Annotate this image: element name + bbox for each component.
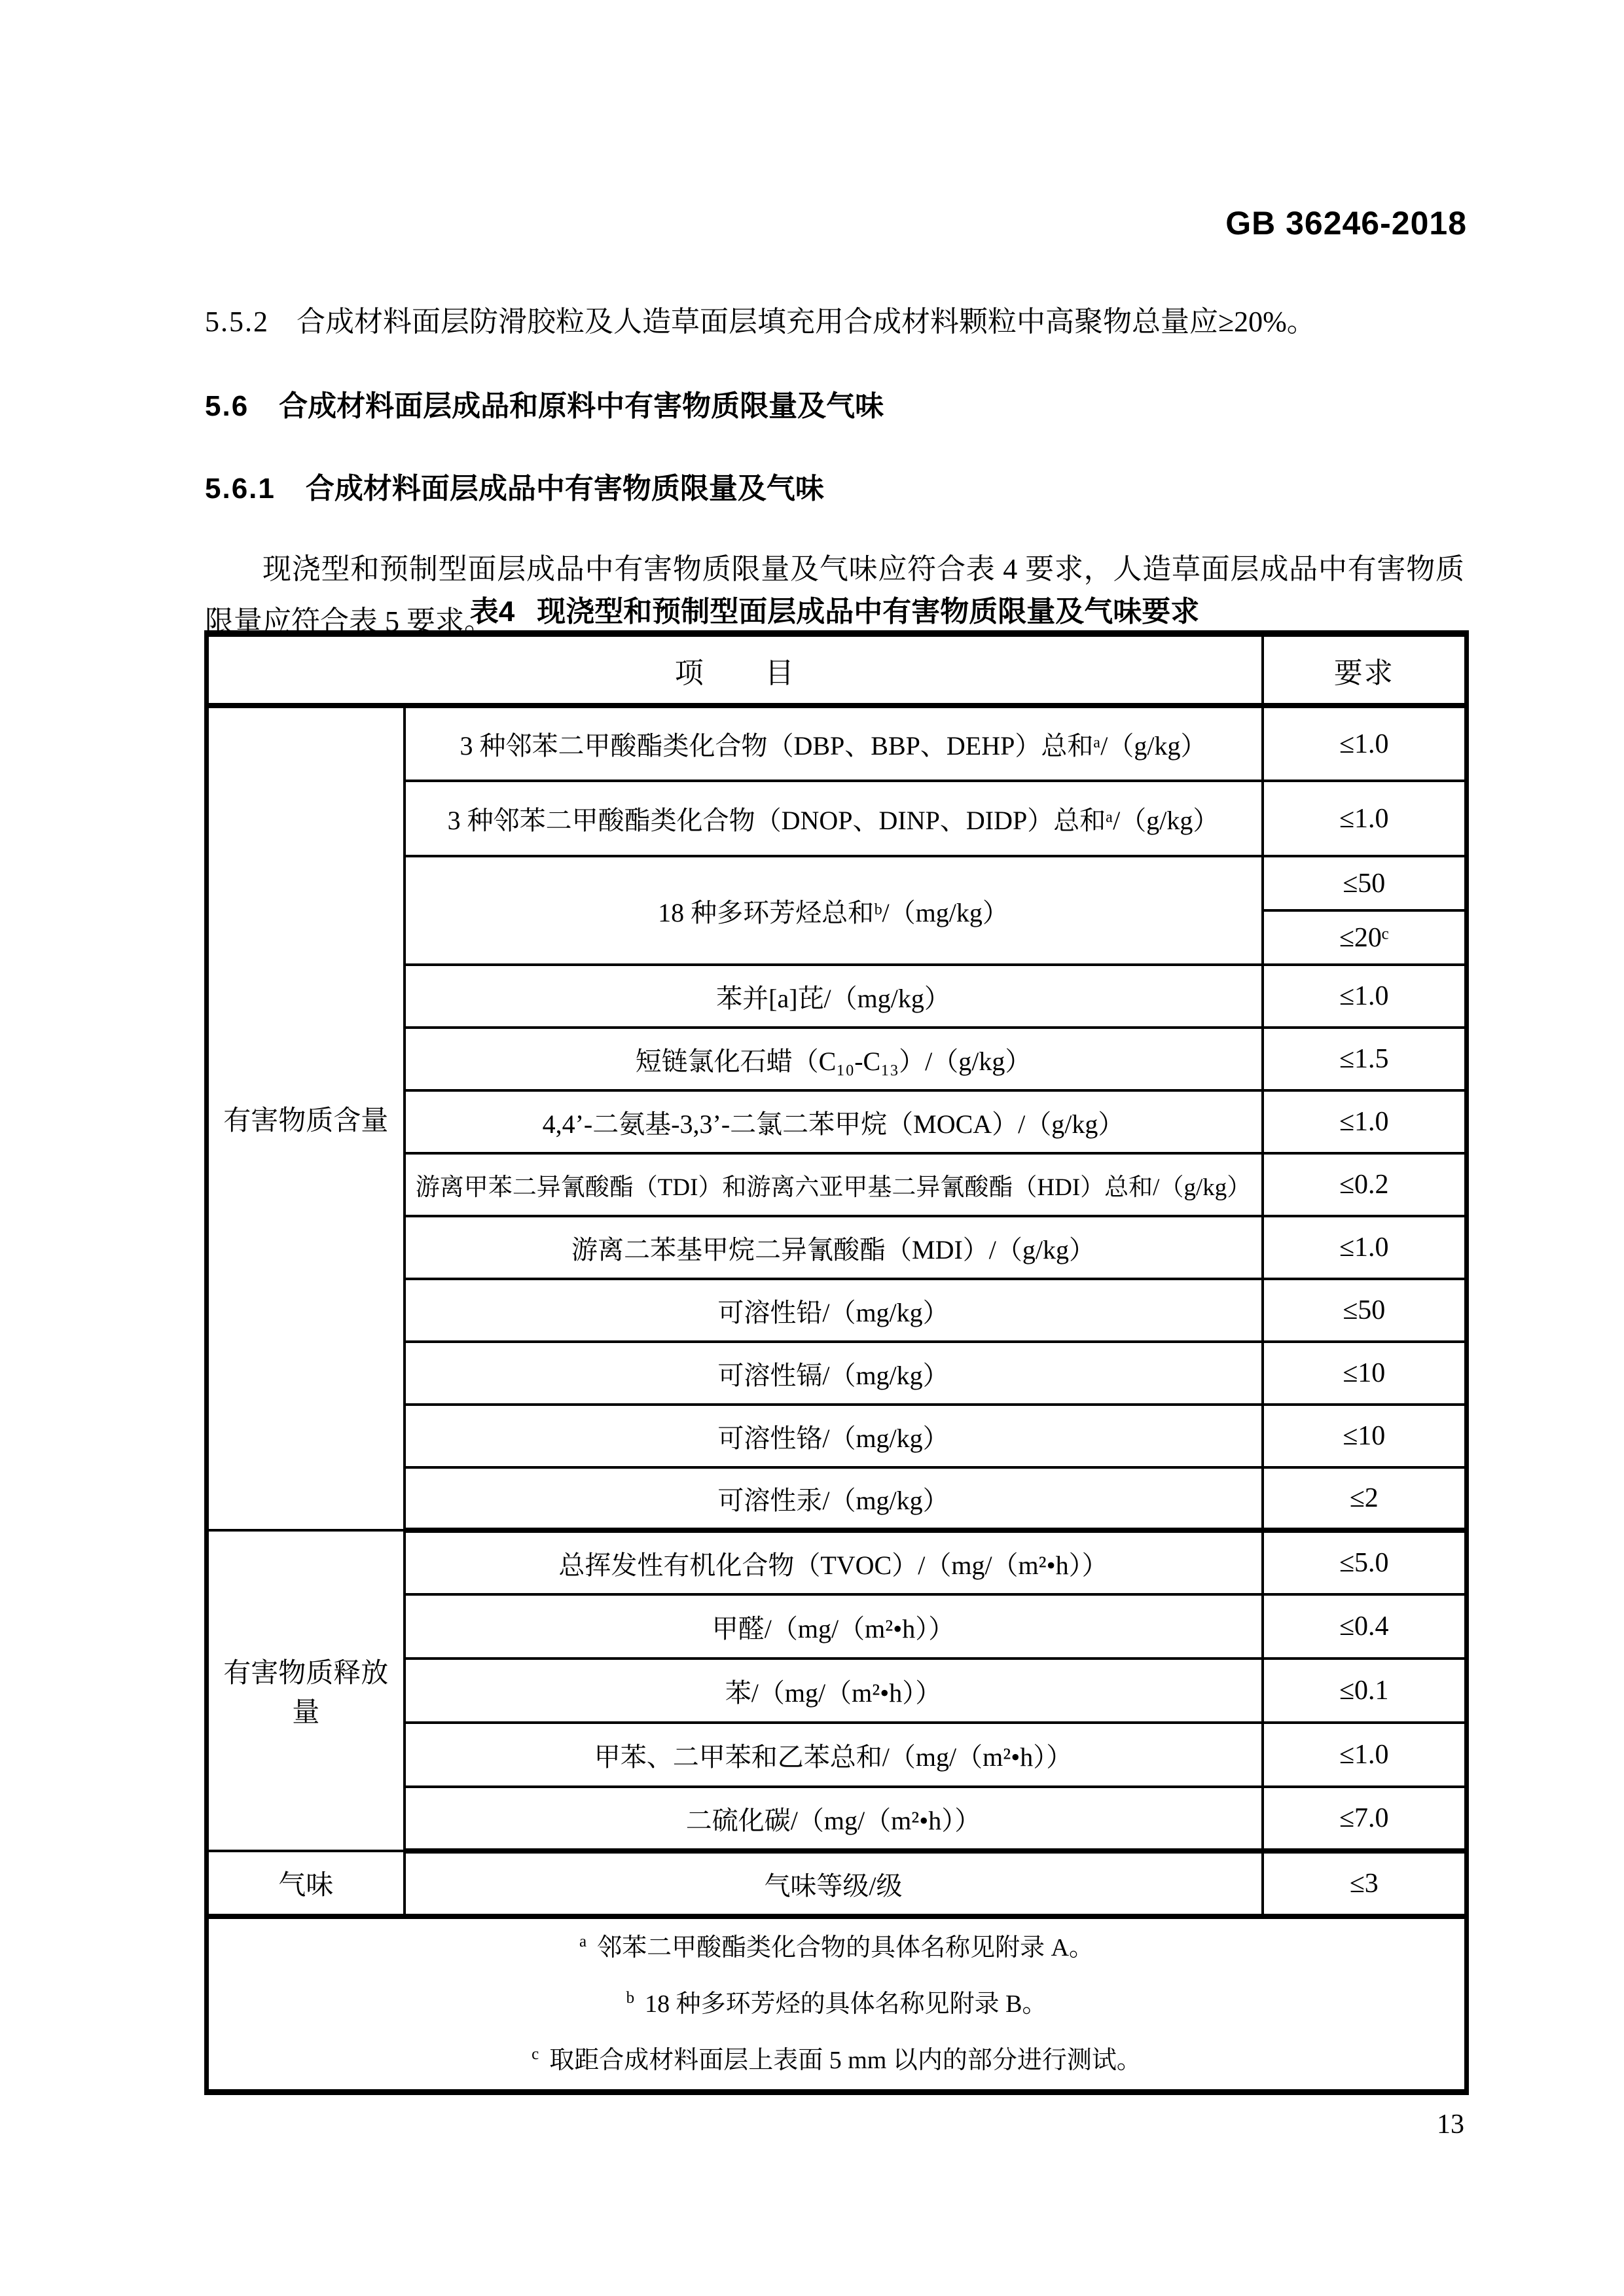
table4-caption-title: 现浇型和预制型面层成品中有害物质限量及气味要求 [537,596,1199,628]
note-text: 取距合成材料面层上表面 5 mm 以内的部分进行测试。 [549,2047,1142,2074]
section-title: 合成材料面层成品中有害物质限量及气味 [306,473,824,505]
item-cell: 18 种多环芳烃总和ᵇ/（mg/kg） [405,856,1263,965]
item-cell: 苯/（mg/（m²•h）） [405,1659,1263,1723]
requirement-cell: ≤20ᶜ [1263,910,1467,965]
table4-notes-cell: a邻苯二甲酸酯类化合物的具体名称见附录 A。 b18 种多环芳烃的具体名称见附录… [207,1916,1467,2092]
item-cell: 苯并[a]芘/（mg/kg） [405,965,1263,1028]
item-cell: 二硫化碳/（mg/（m²•h）） [405,1787,1263,1851]
requirement-cell: ≤1.0 [1263,706,1467,781]
requirement-cell: ≤10 [1263,1405,1467,1467]
item-cell: 3 种邻苯二甲酸酯类化合物（DBP、BBP、DEHP）总和ᵃ/（g/kg） [405,706,1263,781]
clause-text: 合成材料面层防滑胶粒及人造草面层填充用合成材料颗粒中高聚物总量应≥20%。 [297,306,1316,338]
item-cell: 可溶性铬/（mg/kg） [405,1405,1263,1467]
table-row: 气味 气味等级/级 ≤3 [207,1851,1467,1916]
table4-notes-row: a邻苯二甲酸酯类化合物的具体名称见附录 A。 b18 种多环芳烃的具体名称见附录… [207,1916,1467,2092]
table-row: 有害物质释放量 总挥发性有机化合物（TVOC）/（mg/（m²•h）） ≤5.0 [207,1530,1467,1594]
requirement-cell: ≤0.4 [1263,1594,1467,1659]
table4-caption: 表4现浇型和预制型面层成品中有害物质限量及气味要求 [205,588,1464,630]
header-requirement-cell: 要求 [1263,634,1467,706]
requirement-cell: ≤5.0 [1263,1530,1467,1594]
requirement-cell: ≤3 [1263,1851,1467,1916]
requirement-cell: ≤1.0 [1263,1090,1467,1153]
requirement-cell: ≤1.0 [1263,965,1467,1028]
requirement-cell: ≤0.2 [1263,1153,1467,1216]
item-cell: 甲苯、二甲苯和乙苯总和/（mg/（m²•h）） [405,1723,1263,1787]
standard-code: GB 36246-2018 [1225,204,1467,242]
table-row: 有害物质含量 3 种邻苯二甲酸酯类化合物（DBP、BBP、DEHP）总和ᵃ/（g… [207,706,1467,781]
note-text: 18 种多环芳烃的具体名称见附录 B。 [645,1990,1047,2018]
note-line: b18 种多环芳烃的具体名称见附录 B。 [214,1976,1459,2032]
item-cell: 气味等级/级 [405,1851,1263,1916]
table4: 项 目 要求 有害物质含量 3 种邻苯二甲酸酯类化合物（DBP、BBP、DEHP… [204,630,1469,2095]
requirement-cell: ≤1.0 [1263,1723,1467,1787]
table4-header-row: 项 目 要求 [207,634,1467,706]
document-page: GB 36246-2018 5.5.2合成材料面层防滑胶粒及人造草面层填充用合成… [0,0,1624,2296]
table4-caption-label: 表4 [470,596,514,628]
requirement-cell: ≤7.0 [1263,1787,1467,1851]
item-cell: 可溶性镉/（mg/kg） [405,1342,1263,1405]
clause-number: 5.5.2 [205,306,269,338]
header-item-cell: 项 目 [207,634,1263,706]
requirement-cell: ≤50 [1263,1279,1467,1342]
item-cell: 游离二苯基甲烷二异氰酸酯（MDI）/（g/kg） [405,1216,1263,1279]
section-number: 5.6.1 [205,473,276,505]
section-title: 合成材料面层成品和原料中有害物质限量及气味 [279,390,884,422]
note-line: c取距合成材料面层上表面 5 mm 以内的部分进行测试。 [214,2032,1459,2089]
page-number: 13 [1437,2109,1464,2140]
group-cell-content: 有害物质含量 [207,706,405,1530]
requirement-cell: ≤1.0 [1263,781,1467,856]
section-number: 5.6 [205,390,249,422]
item-cell: 可溶性汞/（mg/kg） [405,1467,1263,1530]
note-mark: c [532,2045,539,2063]
section-heading-5-6-1: 5.6.1合成材料面层成品中有害物质限量及气味 [205,465,1464,507]
item-cell: 甲醛/（mg/（m²•h）） [405,1594,1263,1659]
item-cell: 4,4’-二氨基-3,3’-二氯二苯甲烷（MOCA）/（g/kg） [405,1090,1263,1153]
section-heading-5-6: 5.6合成材料面层成品和原料中有害物质限量及气味 [205,382,1464,424]
requirement-cell: ≤50 [1263,856,1467,910]
requirement-cell: ≤2 [1263,1467,1467,1530]
note-mark: a [579,1933,586,1950]
requirement-cell: ≤10 [1263,1342,1467,1405]
requirement-cell: ≤1.0 [1263,1216,1467,1279]
item-cell: 游离甲苯二异氰酸酯（TDI）和游离六亚甲基二异氰酸酯（HDI）总和/（g/kg） [405,1153,1263,1216]
requirement-cell: ≤1.5 [1263,1028,1467,1090]
note-text: 邻苯二甲酸酯类化合物的具体名称见附录 A。 [597,1934,1094,1962]
item-cell: 短链氯化石蜡（C₁₀-C₁₃）/（g/kg） [405,1028,1263,1090]
clause-5-5-2: 5.5.2合成材料面层防滑胶粒及人造草面层填充用合成材料颗粒中高聚物总量应≥20… [205,298,1464,346]
group-cell-odor: 气味 [207,1851,405,1916]
note-line: a邻苯二甲酸酯类化合物的具体名称见附录 A。 [214,1920,1459,1976]
item-cell: 3 种邻苯二甲酸酯类化合物（DNOP、DINP、DIDP）总和ᵃ/（g/kg） [405,781,1263,856]
item-cell: 总挥发性有机化合物（TVOC）/（mg/（m²•h）） [405,1530,1263,1594]
note-mark: b [626,1989,635,2007]
group-cell-emission: 有害物质释放量 [207,1530,405,1851]
item-cell: 可溶性铅/（mg/kg） [405,1279,1263,1342]
requirement-cell: ≤0.1 [1263,1659,1467,1723]
